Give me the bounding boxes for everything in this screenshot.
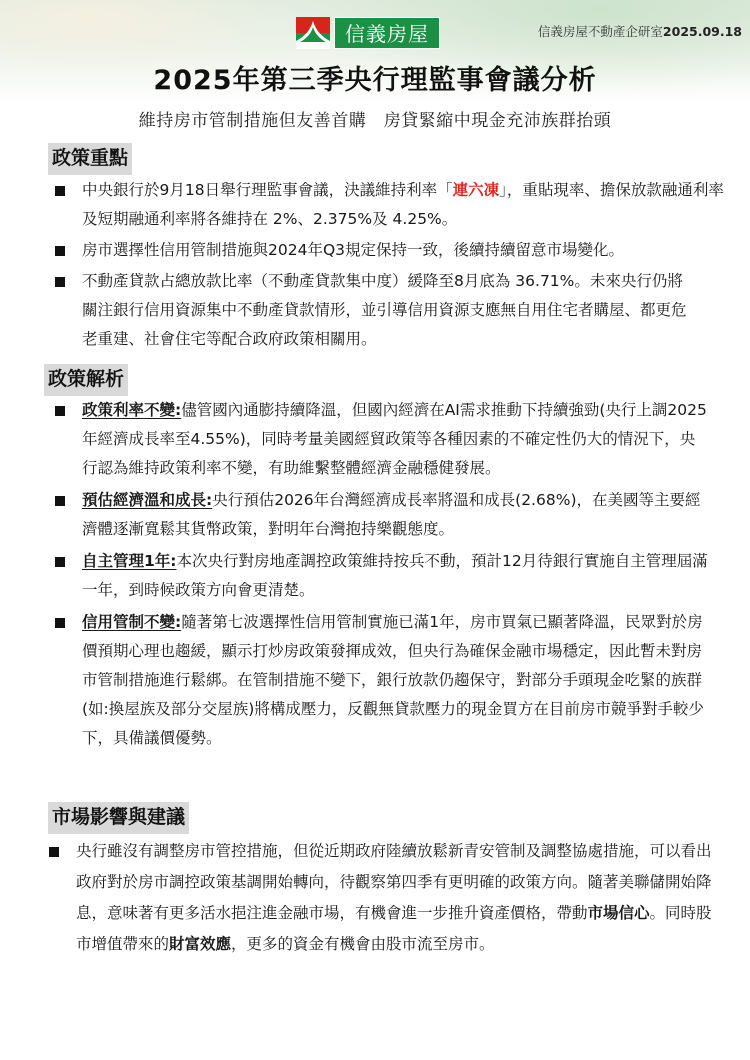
square-bullet-icon xyxy=(49,847,59,857)
highlight-text: 連六凍 xyxy=(453,181,500,199)
list-item: 自主管理1年:本次央行對房地產調控政策維持按兵不動，預計12月待銀行實施自主管理… xyxy=(52,547,732,605)
section-heading-policy-highlights: 政策重點 xyxy=(48,143,132,175)
section-heading-policy-analysis: 政策解析 xyxy=(44,364,128,396)
square-bullet-icon xyxy=(55,277,65,287)
square-bullet-icon xyxy=(55,618,65,628)
square-bullet-icon xyxy=(55,406,65,416)
square-bullet-icon xyxy=(55,557,65,567)
square-bullet-icon xyxy=(55,246,65,256)
keyword: 預估經濟溫和成長: xyxy=(82,491,212,509)
publisher-date: 信義房屋不動產企研室2025.09.18 xyxy=(538,22,742,40)
list-item: 不動產貸款占總放款比率（不動產貸款集中度）緩降至8月底為 36.71%。未來央行… xyxy=(52,267,732,354)
list-item: 中央銀行於9月18日舉行理監事會議，決議維持利率「連六凍」，重貼現率、擔保放款融… xyxy=(52,176,732,234)
emphasis-market-confidence: 市場信心 xyxy=(588,904,650,922)
list-item: 房市選擇性信用管制措施與2024年Q3規定保持一致，後續持續留意市場變化。 xyxy=(52,236,732,265)
emphasis-wealth-effect: 財富效應 xyxy=(169,935,231,953)
square-bullet-icon xyxy=(55,496,65,506)
policy-highlights-list: 中央銀行於9月18日舉行理監事會議，決議維持利率「連六凍」，重貼現率、擔保放款融… xyxy=(52,176,732,354)
section-heading-market-impact: 市場影響與建議 xyxy=(48,802,189,834)
publish-date: 2025.09.18 xyxy=(663,24,742,39)
page-subtitle: 維持房市管制措施但友善首購 房貸緊縮中現金充沛族群抬頭 xyxy=(0,106,750,131)
logo-mark-icon xyxy=(296,17,330,49)
page-title: 2025年第三季央行理監事會議分析 xyxy=(0,58,750,97)
market-impact-list: 央行雖沒有調整房市管控措施，但從近期政府陸續放鬆新青安管制及調整協處措施，可以看… xyxy=(46,836,726,960)
publisher: 信義房屋不動產企研室 xyxy=(538,24,663,39)
list-item: 政策利率不變:儘管國內通膨持續降溫，但國內經濟在AI需求推動下持續強勁(央行上調… xyxy=(52,396,732,483)
keyword: 自主管理1年: xyxy=(82,552,176,570)
keyword: 政策利率不變: xyxy=(82,401,181,419)
policy-analysis-list: 政策利率不變:儘管國內通膨持續降溫，但國內經濟在AI需求推動下持續強勁(央行上調… xyxy=(52,396,732,753)
logo-text: 信義房屋 xyxy=(334,17,440,49)
list-item: 信用管制不變:隨著第七波選擇性信用管制實施已滿1年，房市買氣已顯著降溫，民眾對於… xyxy=(52,608,732,753)
keyword: 信用管制不變: xyxy=(82,613,181,631)
brand-logo: 信義房屋 xyxy=(296,17,440,49)
square-bullet-icon xyxy=(55,186,65,196)
list-item: 預估經濟溫和成長:央行預估2026年台灣經濟成長率將溫和成長(2.68%)，在美… xyxy=(52,486,732,544)
list-item: 央行雖沒有調整房市管控措施，但從近期政府陸續放鬆新青安管制及調整協處措施，可以看… xyxy=(46,836,726,960)
